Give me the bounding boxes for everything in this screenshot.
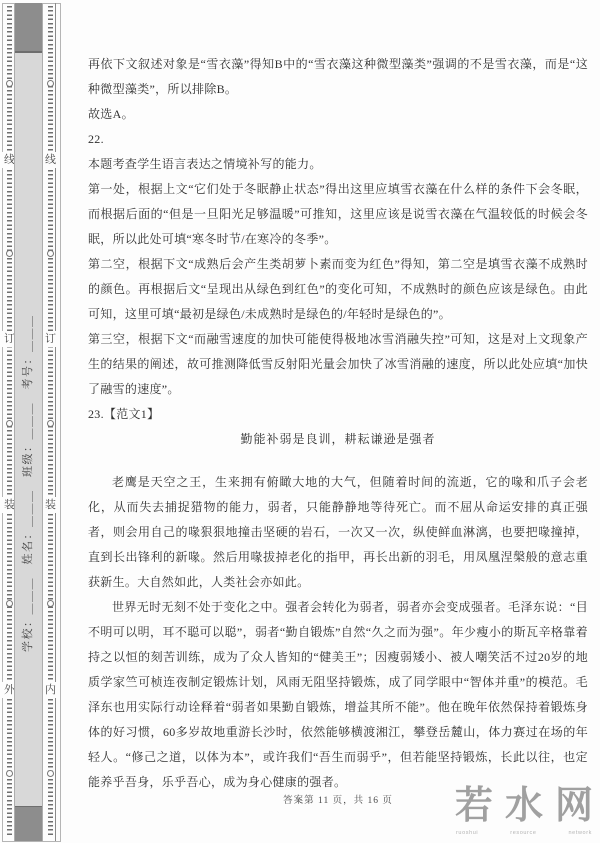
paragraph-answer21-continuation: 再依下文叙述对象是“雪衣藻”得知B中的“雪衣藻这种微型藻类”强调的不是雪衣藻，而…	[88, 52, 588, 102]
perforation-circle-icon	[6, 420, 13, 427]
perforation-circle-icon	[6, 250, 13, 257]
paragraph-q22-blank2: 第二空，根据下文“成熟后会产生类胡萝卜素而变为红色”得知，第二空是填雪衣藻不成熟…	[88, 252, 588, 327]
perforation-circle-icon	[6, 80, 13, 87]
binding-line-char: 线	[43, 152, 58, 168]
watermark-char: 若	[455, 783, 493, 829]
binding-line-char: 内	[43, 682, 58, 698]
scanned-answer-sheet-page: 线 订 装 外 线 订 装 内 学校：＿＿＿ 姓名：＿＿＿ 班级：＿＿＿ 考号：…	[0, 0, 600, 843]
perforation-circle-icon	[47, 420, 54, 427]
perforation-circle-icon	[47, 80, 54, 87]
paragraph-answer21-choice: 故选A。	[88, 102, 588, 127]
question-23-label: 23.【范文1】	[88, 402, 588, 427]
binding-strip-dark-bottom	[15, 806, 42, 841]
perforation-circle-icon	[47, 600, 54, 607]
perforation-circle-icon	[6, 770, 13, 777]
watermark-char: 水	[505, 783, 543, 829]
student-info-labels: 学校：＿＿＿ 姓名：＿＿＿ 班级：＿＿＿ 考号：＿＿＿	[19, 272, 35, 652]
paragraph-q22-intro: 本题考查学生语言表达之情境补写的能力。	[88, 152, 588, 177]
binding-line-char: 订	[43, 331, 58, 347]
watermark-subtext-word: resource	[510, 830, 536, 836]
watermark-subtext: ruoshui resource network	[456, 830, 592, 836]
paragraph-q22-blank3: 第三空，根据下文“而融雪速度的加快可能使得极地冰雪消融失控”可知，这是对上文现象…	[88, 327, 588, 402]
binding-strip-dark-top	[15, 3, 42, 53]
essay-title: 勤能补弱是良训，耕耘谦逊是强者	[88, 427, 588, 452]
essay-paragraph-1: 老鹰是天空之王，生来拥有俯瞰大地的大气，但随着时间的流逝，它的喙和爪子会老化，从…	[88, 470, 588, 595]
page-border-line	[55, 3, 56, 841]
answer-content: 再依下文叙述对象是“雪衣藻”得知B中的“雪衣藻这种微型藻类”强调的不是雪衣藻，而…	[88, 52, 588, 795]
watermark-char: 网	[555, 783, 593, 829]
perforation-circle-icon	[6, 600, 13, 607]
watermark-subtext-word: network	[569, 830, 592, 836]
perforation-circle-icon	[47, 250, 54, 257]
question-22-number: 22.	[88, 127, 588, 152]
paragraph-q22-blank1: 第一处，根据上文“它们处于冬眠静止状态”得出这里应填雪衣藻在什么样的条件下会冬眠…	[88, 177, 588, 252]
essay-paragraph-2: 世界无时无刻不处于变化之中。强者会转化为弱者，弱者亦会变成强者。毛泽东说：“目不…	[88, 595, 588, 795]
binding-line-char: 装	[43, 497, 58, 513]
watermark-subtext-word: ruoshui	[456, 830, 478, 836]
watermark-logo: 若 水 网	[455, 783, 593, 829]
perforation-circle-icon	[47, 770, 54, 777]
